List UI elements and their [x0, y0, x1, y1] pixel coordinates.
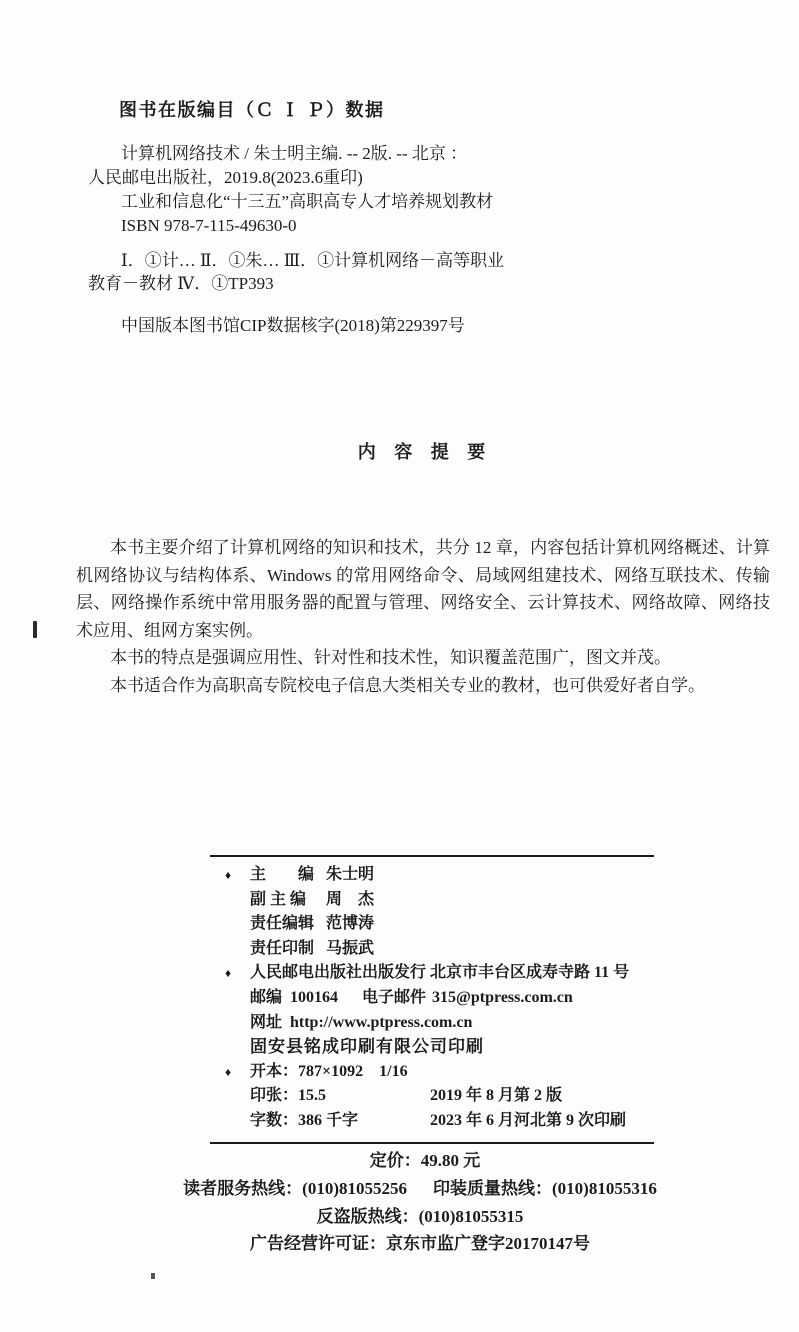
website-row: 网址http://www.ptpress.com.cn	[210, 1011, 654, 1036]
sheets-cell: 印张：15.5	[250, 1084, 430, 1109]
cip-record-line: 计算机网络技术 / 朱士明主编. -- 2版. -- 北京 ：	[88, 142, 708, 166]
diamond-bullet-icon: ♦	[210, 1060, 250, 1085]
wordcount-row: 字数：386 千字2023 年 6 月河北第 9 次印刷	[210, 1109, 654, 1134]
abstract-paragraph: 本书的特点是强调应用性、针对性和技术性，知识覆盖范围广，图文并茂。	[76, 644, 770, 672]
sheets-label: 印张：	[250, 1087, 298, 1104]
staff-entry: 副 主 编周 杰	[250, 888, 374, 913]
printing-info: 2023 年 6 月河北第 9 次印刷	[430, 1112, 626, 1129]
printer-name: 固安县铭成印刷有限公司印刷	[250, 1035, 484, 1060]
staff-role-label: 主 编	[250, 863, 326, 888]
diamond-bullet-icon: ♦	[210, 961, 250, 986]
postcode-value: 100164	[290, 986, 362, 1011]
colophon-box: ♦ 主 编朱士明 副 主 编周 杰 责任编辑范博涛 责任印制马振武 ♦ 人民邮电…	[210, 855, 654, 1144]
diamond-bullet-icon: ♦	[210, 863, 250, 888]
edition-info: 2019 年 8 月第 2 版	[430, 1087, 562, 1104]
anti-piracy-hotline: 反盗版热线：(010)81055315	[40, 1203, 799, 1231]
staff-role-label: 责任印制	[250, 937, 326, 962]
cip-record-line: 工业和信息化“十三五”高职高专人才培养规划教材	[88, 190, 708, 214]
publisher-address: 北京市丰台区成寿寺路 11 号	[430, 964, 629, 981]
format-value: 787×1092 1/16	[298, 1063, 408, 1080]
abstract-paragraph: 本书主要介绍了计算机网络的知识和技术，共分 12 章，内容包括计算机网络概述、计…	[76, 534, 770, 644]
staff-name: 马振武	[326, 940, 374, 957]
wordcount-cell: 字数：386 千字	[250, 1109, 430, 1134]
cip-classification-line: 教育－教材 Ⅳ．①TP393	[88, 272, 708, 295]
abstract-body: 本书主要介绍了计算机网络的知识和技术，共分 12 章，内容包括计算机网络概述、计…	[76, 534, 770, 700]
staff-row: 责任编辑范博涛	[210, 912, 654, 937]
staff-name: 朱士明	[326, 866, 374, 883]
publisher-name: 人民邮电出版社出版发行	[250, 961, 430, 986]
staff-role-label: 副 主 编	[250, 888, 326, 913]
staff-entry: 主 编朱士明	[250, 863, 374, 888]
cip-record-block: 计算机网络技术 / 朱士明主编. -- 2版. -- 北京 ： 人民邮电出版社，…	[88, 142, 708, 238]
copyright-page: 图书在版编目（Ｃ Ｉ Ｐ）数据 计算机网络技术 / 朱士明主编. -- 2版. …	[0, 0, 799, 1332]
sheets-entry: 印张：15.52019 年 8 月第 2 版	[250, 1084, 562, 1109]
sheets-row: 印张：15.52019 年 8 月第 2 版	[210, 1084, 654, 1109]
cip-classification-block: Ⅰ．①计… Ⅱ．①朱… Ⅲ．①计算机网络－高等职业 教育－教材 Ⅳ．①TP393	[88, 249, 708, 295]
wordcount-entry: 字数：386 千字2023 年 6 月河北第 9 次印刷	[250, 1109, 626, 1134]
abstract-heading: 内 容 提 要	[50, 438, 799, 464]
website-entry: 网址http://www.ptpress.com.cn	[250, 1011, 472, 1036]
cip-register-line: 中国版本图书馆CIP数据核字(2018)第229397号	[121, 311, 465, 336]
website-value: http://www.ptpress.com.cn	[290, 1014, 472, 1031]
ad-license-line: 广告经营许可证：京东市监广登字20170147号	[40, 1230, 799, 1258]
website-label: 网址	[250, 1011, 290, 1036]
print-quality-hotline: 印装质量热线：(010)81055316	[433, 1179, 657, 1198]
scan-artifact	[151, 1273, 155, 1279]
staff-role-label: 责任编辑	[250, 912, 326, 937]
wordcount-label: 字数：	[250, 1112, 298, 1129]
cip-classification-line: Ⅰ．①计… Ⅱ．①朱… Ⅲ．①计算机网络－高等职业	[88, 249, 708, 272]
postcode-label: 邮编	[250, 986, 290, 1011]
abstract-paragraph: 本书适合作为高职高专院校电子信息大类相关专业的教材，也可供爱好者自学。	[76, 672, 770, 700]
sheets-value: 15.5	[298, 1087, 326, 1104]
format-row: ♦ 开本：787×1092 1/16	[210, 1060, 654, 1085]
printer-row: 固安县铭成印刷有限公司印刷	[210, 1035, 654, 1060]
staff-row: 副 主 编周 杰	[210, 888, 654, 913]
publisher-row: ♦ 人民邮电出版社出版发行北京市丰台区成寿寺路 11 号	[210, 961, 654, 986]
staff-name: 范博涛	[326, 915, 374, 932]
staff-name: 周 杰	[326, 891, 374, 908]
cip-record-line: ISBN 978-7-115-49630-0	[88, 214, 708, 238]
staff-row: 责任印制马振武	[210, 937, 654, 962]
postcode-entry: 邮编100164电子邮件315@ptpress.com.cn	[250, 986, 573, 1011]
cip-record-line: 人民邮电出版社，2019.8(2023.6重印)	[88, 166, 708, 190]
cip-heading: 图书在版编目（Ｃ Ｉ Ｐ）数据	[119, 96, 385, 122]
email-label: 电子邮件	[362, 986, 432, 1011]
reader-service-hotline: 读者服务热线：(010)81055256	[183, 1179, 407, 1198]
hotlines-block: 读者服务热线：(010)81055256印装质量热线：(010)81055316…	[40, 1175, 799, 1258]
publisher-entry: 人民邮电出版社出版发行北京市丰台区成寿寺路 11 号	[250, 961, 629, 986]
format-entry: 开本：787×1092 1/16	[250, 1060, 408, 1085]
hotline-line: 读者服务热线：(010)81055256印装质量热线：(010)81055316	[40, 1175, 799, 1203]
postcode-row: 邮编100164电子邮件315@ptpress.com.cn	[210, 986, 654, 1011]
scan-artifact	[33, 621, 37, 638]
format-label: 开本：	[250, 1063, 298, 1080]
staff-entry: 责任编辑范博涛	[250, 912, 374, 937]
staff-entry: 责任印制马振武	[250, 937, 374, 962]
wordcount-value: 386 千字	[298, 1112, 358, 1129]
staff-row: ♦ 主 编朱士明	[210, 863, 654, 888]
email-value: 315@ptpress.com.cn	[432, 989, 573, 1006]
price-line: 定价：49.80 元	[50, 1146, 799, 1171]
